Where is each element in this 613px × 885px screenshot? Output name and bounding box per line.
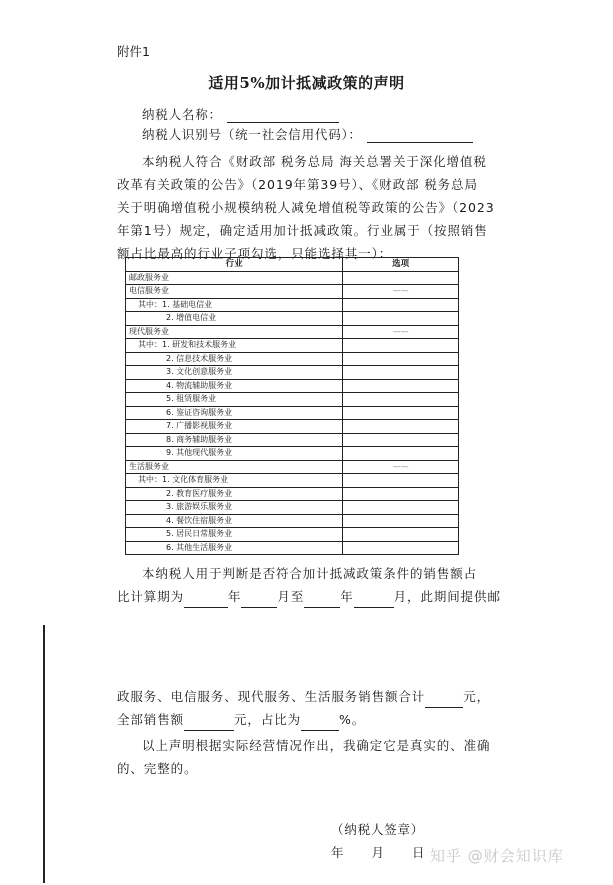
- start-month-blank[interactable]: [241, 595, 277, 608]
- taxpayer-name-field: 纳税人名称：: [142, 105, 339, 123]
- industry-name: 6. 鉴证咨询服务业: [126, 406, 343, 420]
- industry-name: 8. 商务辅助服务业: [126, 433, 343, 447]
- industry-option-cell[interactable]: [343, 420, 459, 434]
- industry-option-cell[interactable]: [343, 271, 459, 285]
- table-row: 4. 餐饮住宿服务业: [126, 514, 459, 528]
- declaration-line: 的、完整的。: [117, 757, 467, 780]
- month-to-label: 月至: [277, 589, 304, 604]
- industry-option-cell[interactable]: [343, 433, 459, 447]
- period-prefix: 比计算期为: [117, 589, 184, 604]
- sales-line-1: 政服务、电信服务、现代服务、生活服务销售额合计元，: [117, 685, 467, 708]
- table-row: 其中：1. 研发和技术服务业: [126, 339, 459, 353]
- header-option: 选项: [343, 258, 459, 272]
- taxpayer-name-blank[interactable]: [227, 110, 339, 123]
- industry-name: 4. 物流辅助服务业: [126, 379, 343, 393]
- header-industry: 行业: [126, 258, 343, 272]
- table-row: 其中：1. 文化体育服务业: [126, 474, 459, 488]
- percent-label: %。: [339, 712, 365, 727]
- intro-line: 本纳税人符合《财政部 税务总局 海关总署关于深化增值税: [117, 150, 467, 173]
- industry-option-cell[interactable]: [343, 406, 459, 420]
- industry-option-cell[interactable]: [343, 352, 459, 366]
- sales-prefix: 政服务、电信服务、现代服务、生活服务销售额合计: [117, 689, 425, 704]
- attachment-label: 附件1: [117, 42, 150, 60]
- industry-name: 其中：1. 文化体育服务业: [126, 474, 343, 488]
- total-sales-blank[interactable]: [184, 718, 234, 731]
- industry-name: 电信服务业: [126, 285, 343, 299]
- table-header-row: 行业 选项: [126, 258, 459, 272]
- taxpayer-id-label: 纳税人识别号（统一社会信用代码）：: [142, 127, 362, 142]
- industry-option-cell[interactable]: [343, 514, 459, 528]
- industry-name: 7. 广播影视服务业: [126, 420, 343, 434]
- industry-option-cell[interactable]: [343, 528, 459, 542]
- intro-paragraph: 本纳税人符合《财政部 税务总局 海关总署关于深化增值税 改革有关政策的公告》（2…: [117, 150, 467, 265]
- period-paragraph: 本纳税人用于判断是否符合加计抵减政策条件的销售额占 比计算期为年月至年月，此期间…: [117, 562, 467, 608]
- yuan-label: 元，: [463, 689, 490, 704]
- industry-table: 行业 选项 邮政服务业电信服务业——其中：1. 基础电信业2. 增值电信业现代服…: [125, 257, 459, 555]
- industry-option-cell[interactable]: [343, 366, 459, 380]
- qualifying-sales-blank[interactable]: [425, 695, 463, 708]
- industry-name: 4. 餐饮住宿服务业: [126, 514, 343, 528]
- industry-option-cell[interactable]: [343, 393, 459, 407]
- table-row: 9. 其他现代服务业: [126, 447, 459, 461]
- table-row: 3. 旅游娱乐服务业: [126, 501, 459, 515]
- taxpayer-name-label: 纳税人名称：: [142, 107, 222, 122]
- taxpayer-id-field: 纳税人识别号（统一社会信用代码）：: [142, 125, 473, 143]
- industry-option-cell[interactable]: [343, 312, 459, 326]
- table-row: 邮政服务业: [126, 271, 459, 285]
- table-row: 2. 教育医疗服务业: [126, 487, 459, 501]
- table-row: 6. 其他生活服务业: [126, 541, 459, 555]
- industry-name: 3. 文化创意服务业: [126, 366, 343, 380]
- table-row: 8. 商务辅助服务业: [126, 433, 459, 447]
- industry-name: 5. 居民日常服务业: [126, 528, 343, 542]
- industry-option-cell[interactable]: [343, 474, 459, 488]
- end-month-blank[interactable]: [354, 595, 394, 608]
- table-row: 5. 居民日常服务业: [126, 528, 459, 542]
- industry-name: 2. 增值电信业: [126, 312, 343, 326]
- industry-name: 邮政服务业: [126, 271, 343, 285]
- industry-option-cell[interactable]: [343, 447, 459, 461]
- industry-name: 其中：1. 研发和技术服务业: [126, 339, 343, 353]
- table-row: 6. 鉴证咨询服务业: [126, 406, 459, 420]
- industry-option-cell[interactable]: [343, 501, 459, 515]
- watermark: 知乎 @财会知识库: [430, 845, 564, 866]
- industry-name: 9. 其他现代服务业: [126, 447, 343, 461]
- industry-option-cell[interactable]: [343, 541, 459, 555]
- table-row: 2. 增值电信业: [126, 312, 459, 326]
- year-label: 年: [340, 589, 353, 604]
- date-month: 月: [372, 843, 385, 861]
- date-day: 日: [412, 843, 425, 861]
- page-edge-line: [43, 625, 45, 883]
- intro-line: 关于明确增值税小规模纳税人减免增值税等政策的公告》（2023: [117, 196, 467, 219]
- industry-name: 3. 旅游娱乐服务业: [126, 501, 343, 515]
- sales-line-2: 全部销售额元，占比为%。: [117, 708, 467, 731]
- intro-line: 改革有关政策的公告》（2019年第39号）、《财政部 税务总局: [117, 173, 467, 196]
- industry-name: 其中：1. 基础电信业: [126, 298, 343, 312]
- declaration-paragraph: 以上声明根据实际经营情况作出，我确定它是真实的、准确 的、完整的。: [117, 734, 467, 780]
- ratio-label: 元，占比为: [234, 712, 301, 727]
- table-row: 电信服务业——: [126, 285, 459, 299]
- table-row: 4. 物流辅助服务业: [126, 379, 459, 393]
- ratio-blank[interactable]: [301, 718, 339, 731]
- period-line: 本纳税人用于判断是否符合加计抵减政策条件的销售额占: [117, 562, 467, 585]
- industry-option-cell: ——: [343, 285, 459, 299]
- industry-option-cell[interactable]: [343, 487, 459, 501]
- month-suffix: 月，此期间提供邮: [394, 589, 501, 604]
- industry-option-cell[interactable]: [343, 298, 459, 312]
- intro-line: 年第1号）规定，确定适用加计抵减政策。行业属于（按照销售: [117, 219, 467, 242]
- period-line-2: 比计算期为年月至年月，此期间提供邮: [117, 585, 467, 608]
- declaration-line: 以上声明根据实际经营情况作出，我确定它是真实的、准确: [117, 734, 467, 757]
- industry-option-cell: ——: [343, 325, 459, 339]
- table-row: 7. 广播影视服务业: [126, 420, 459, 434]
- industry-option-cell[interactable]: [343, 379, 459, 393]
- document-title: 适用5%加计抵减政策的声明: [0, 72, 613, 93]
- year-label: 年: [228, 589, 241, 604]
- signature-label: （纳税人签章）: [331, 820, 424, 838]
- table-row: 生活服务业——: [126, 460, 459, 474]
- industry-name: 6. 其他生活服务业: [126, 541, 343, 555]
- industry-name: 5. 租赁服务业: [126, 393, 343, 407]
- industry-option-cell: ——: [343, 460, 459, 474]
- start-year-blank[interactable]: [184, 595, 228, 608]
- table-row: 现代服务业——: [126, 325, 459, 339]
- table-row: 3. 文化创意服务业: [126, 366, 459, 380]
- industry-name: 2. 信息技术服务业: [126, 352, 343, 366]
- table-row: 5. 租赁服务业: [126, 393, 459, 407]
- end-year-blank[interactable]: [304, 595, 340, 608]
- taxpayer-id-blank[interactable]: [367, 130, 473, 143]
- total-sales-label: 全部销售额: [117, 712, 184, 727]
- industry-name: 2. 教育医疗服务业: [126, 487, 343, 501]
- table-row: 2. 信息技术服务业: [126, 352, 459, 366]
- table-row: 其中：1. 基础电信业: [126, 298, 459, 312]
- industry-name: 现代服务业: [126, 325, 343, 339]
- industry-option-cell[interactable]: [343, 339, 459, 353]
- industry-name: 生活服务业: [126, 460, 343, 474]
- sales-paragraph: 政服务、电信服务、现代服务、生活服务销售额合计元， 全部销售额元，占比为%。: [117, 685, 467, 731]
- date-year: 年: [331, 843, 344, 861]
